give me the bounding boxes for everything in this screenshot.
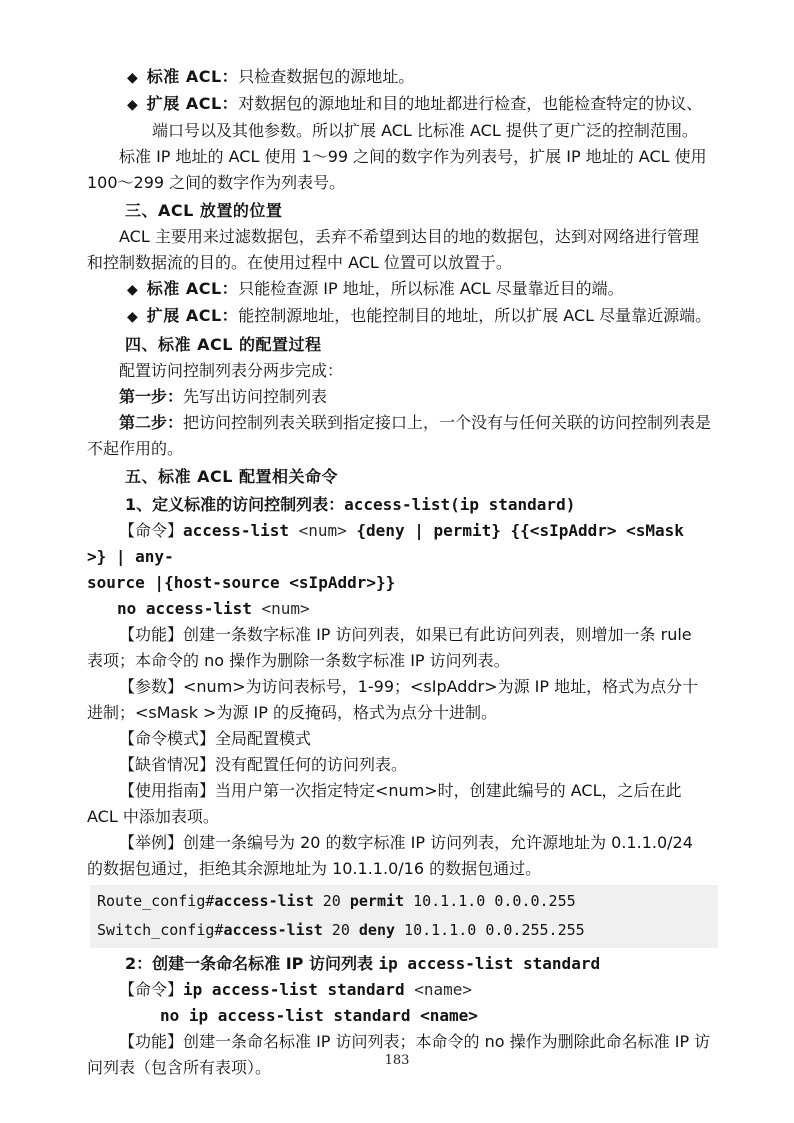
cli-arg: 10.1.1.0 0.0.0.255 — [404, 892, 576, 910]
command-tag: 【命令】 — [119, 980, 183, 999]
paragraph-acl-numbering: 标准 IP 地址的 ACL 使用 1～99 之间的数字作为列表号，扩展 IP 地… — [87, 144, 712, 196]
diamond-bullet-icon: ◆ — [127, 97, 147, 113]
diamond-bullet-icon: ◆ — [127, 309, 147, 325]
subheading-command: access-list(ip standard) — [344, 495, 575, 514]
code-block: Route_config#access-list 20 permit 10.1.… — [90, 885, 718, 948]
command-syntax: no access-list — [117, 599, 262, 618]
bullet-standard-acl-placement: ◆标准 ACL：只能检查源 IP 地址，所以标准 ACL 尽量靠近目的端。 — [87, 276, 712, 303]
diamond-bullet-icon: ◆ — [127, 282, 147, 298]
heading-section-5: 五、标准 ACL 配置相关命令 — [125, 464, 712, 490]
bullet-text: 只能检查源 IP 地址，所以标准 ACL 尽量靠近目的端。 — [238, 279, 623, 298]
paragraph-usage-guide: 【使用指南】当用户第一次指定特定<num>时，创建此编号的 ACL，之后在此 A… — [87, 778, 712, 830]
subheading-zh: 2：创建一条命名标准 IP 访问列表 — [125, 954, 379, 973]
command-syntax: ip access-list standard — [183, 980, 414, 999]
paragraph-config-steps-intro: 配置访问控制列表分两步完成： — [87, 358, 712, 384]
subheading-command: ip access-list standard — [379, 954, 601, 973]
command-param-name: <name> — [414, 980, 472, 999]
bullet-extended-acl-definition: ◆扩展 ACL：对数据包的源地址和目的地址都进行检查，也能检查特定的协议、端口号… — [87, 91, 712, 144]
paragraph-parameters: 【参数】<num>为访问表标号，1-99；<sIpAddr>为源 IP 地址，格… — [87, 674, 712, 726]
paragraph-step-2: 第二步：把访问控制列表关联到指定接口上，一个没有与任何关联的访问控制列表是不起作… — [87, 410, 712, 462]
step-label: 第二步： — [119, 413, 183, 432]
page-number: 183 — [0, 1053, 794, 1068]
cli-prompt: Route_config# — [97, 892, 214, 910]
heading-section-3: 三、ACL 放置的位置 — [125, 198, 712, 224]
cli-keyword: permit — [350, 892, 404, 910]
code-line: Switch_config#access-list 20 deny 10.1.1… — [97, 916, 718, 945]
step-text: 先写出访问控制列表 — [183, 387, 327, 406]
command-line-continuation: source |{host-source <sIpAddr>}} — [87, 570, 712, 596]
command-line-1: 【命令】access-list <num> {deny | permit} {{… — [87, 518, 712, 570]
cli-arg: 20 — [314, 892, 350, 910]
paragraph-example: 【举例】创建一条编号为 20 的数字标准 IP 访问列表，允许源地址为 0.1.… — [87, 830, 712, 882]
bullet-text: 能控制源地址，也能控制目的地址，所以扩展 ACL 尽量靠近源端。 — [238, 306, 711, 325]
paragraph-command-mode: 【命令模式】全局配置模式 — [87, 726, 712, 752]
paragraph-acl-purpose: ACL 主要用来过滤数据包，丢弃不希望到达目的地的数据包，达到对网络进行管理和控… — [87, 224, 712, 276]
bullet-standard-acl-definition: ◆标准 ACL：只检查数据包的源地址。 — [87, 64, 712, 91]
command-no-form-named: no ip access-list standard <name> — [160, 1003, 712, 1029]
heading-section-4: 四、标准 ACL 的配置过程 — [125, 332, 712, 358]
bullet-label: 扩展 ACL： — [147, 306, 238, 325]
command-param-num: <num> — [299, 521, 347, 540]
bullet-label: 扩展 ACL： — [147, 94, 238, 113]
command-param-num: <num> — [262, 599, 310, 618]
document-page: ◆标准 ACL：只检查数据包的源地址。 ◆扩展 ACL：对数据包的源地址和目的地… — [0, 0, 794, 1123]
step-label: 第一步： — [119, 387, 183, 406]
command-line-named-acl: 【命令】ip access-list standard <name> — [87, 977, 712, 1003]
command-tag: 【命令】 — [119, 521, 183, 540]
command-syntax: source |{host-source <sIpAddr>}} — [87, 573, 395, 592]
cli-prompt: Switch_config# — [97, 921, 223, 939]
document-content: ◆标准 ACL：只检查数据包的源地址。 ◆扩展 ACL：对数据包的源地址和目的地… — [87, 64, 712, 1081]
subheading-item-1: 1、定义标准的访问控制列表：access-list(ip standard) — [125, 492, 712, 518]
subheading-zh: 1、定义标准的访问控制列表： — [125, 495, 344, 514]
command-syntax: no ip access-list standard <name> — [160, 1006, 478, 1025]
cli-keyword: access-list — [214, 892, 313, 910]
bullet-label: 标准 ACL： — [147, 279, 238, 298]
paragraph-function-1: 【功能】创建一条数字标准 IP 访问列表，如果已有此访问列表，则增加一条 rul… — [87, 622, 712, 674]
cli-arg: 10.1.1.0 0.0.255.255 — [395, 921, 585, 939]
code-line: Route_config#access-list 20 permit 10.1.… — [97, 887, 718, 916]
subheading-item-2: 2：创建一条命名标准 IP 访问列表 ip access-list standa… — [125, 951, 712, 977]
cli-keyword: access-list — [223, 921, 322, 939]
bullet-label: 标准 ACL： — [147, 67, 238, 86]
paragraph-default-state: 【缺省情况】没有配置任何的访问列表。 — [87, 752, 712, 778]
diamond-bullet-icon: ◆ — [127, 70, 147, 86]
bullet-text: 只检查数据包的源地址。 — [238, 67, 414, 86]
paragraph-step-1: 第一步：先写出访问控制列表 — [87, 384, 712, 410]
cli-keyword: deny — [359, 921, 395, 939]
command-no-form: no access-list <num> — [117, 596, 712, 622]
command-syntax: access-list — [183, 521, 299, 540]
cli-arg: 20 — [323, 921, 359, 939]
bullet-extended-acl-placement: ◆扩展 ACL：能控制源地址，也能控制目的地址，所以扩展 ACL 尽量靠近源端。 — [87, 303, 712, 330]
